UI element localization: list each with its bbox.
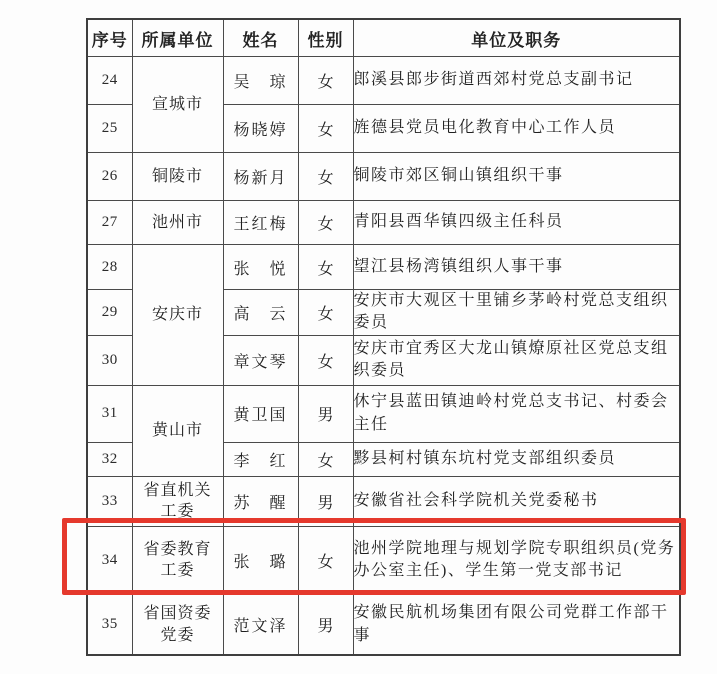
gender-cell: 女 bbox=[298, 201, 353, 245]
table-row: 31黄山市黄卫国男休宁县蓝田镇迪岭村党总支书记、村委会主任 bbox=[87, 385, 680, 442]
header-cell: 性别 bbox=[298, 19, 353, 57]
gender-cell: 女 bbox=[298, 335, 353, 385]
position-cell: 安徽民航机场集团有限公司党群工作部干事 bbox=[353, 594, 680, 655]
name-cell: 张 璐 bbox=[223, 526, 298, 594]
table-row: 27池州市王红梅女青阳县酉华镇四级主任科员 bbox=[87, 201, 680, 245]
position-cell: 郎溪县郎步街道西郊村党总支副书记 bbox=[353, 57, 680, 105]
name-cell: 高 云 bbox=[223, 290, 298, 336]
position-cell: 安庆市大观区十里铺乡茅岭村党总支组织委员 bbox=[353, 290, 680, 336]
gender-cell: 女 bbox=[298, 57, 353, 105]
row-number-cell: 25 bbox=[87, 105, 132, 153]
row-number-cell: 34 bbox=[87, 526, 132, 594]
row-number-cell: 33 bbox=[87, 476, 132, 526]
table-header: 序号所属单位姓名性别单位及职务 bbox=[87, 19, 680, 57]
name-cell: 杨新月 bbox=[223, 153, 298, 201]
unit-cell: 省委教育 工委 bbox=[132, 526, 223, 594]
name-cell: 张 悦 bbox=[223, 245, 298, 290]
table-row: 35省国资委 党委范文泽男安徽民航机场集团有限公司党群工作部干事 bbox=[87, 594, 680, 655]
position-cell: 铜陵市郊区铜山镇组织干事 bbox=[353, 153, 680, 201]
row-number-cell: 27 bbox=[87, 201, 132, 245]
name-cell: 苏 醒 bbox=[223, 476, 298, 526]
name-cell: 章文琴 bbox=[223, 335, 298, 385]
unit-cell: 省国资委 党委 bbox=[132, 594, 223, 655]
row-number-cell: 29 bbox=[87, 290, 132, 336]
name-cell: 王红梅 bbox=[223, 201, 298, 245]
position-cell: 青阳县酉华镇四级主任科员 bbox=[353, 201, 680, 245]
name-cell: 黄卫国 bbox=[223, 385, 298, 442]
gender-cell: 男 bbox=[298, 385, 353, 442]
row-number-cell: 26 bbox=[87, 153, 132, 201]
gender-cell: 女 bbox=[298, 442, 353, 476]
row-number-cell: 28 bbox=[87, 245, 132, 290]
gender-cell: 男 bbox=[298, 594, 353, 655]
row-number-cell: 31 bbox=[87, 385, 132, 442]
position-cell: 休宁县蓝田镇迪岭村党总支书记、村委会主任 bbox=[353, 385, 680, 442]
gender-cell: 女 bbox=[298, 245, 353, 290]
unit-cell: 省直机关 工委 bbox=[132, 476, 223, 526]
position-cell: 安庆市宜秀区大龙山镇燎原社区党总支组织委员 bbox=[353, 335, 680, 385]
table-header-row: 序号所属单位姓名性别单位及职务 bbox=[87, 19, 680, 57]
unit-cell: 黄山市 bbox=[132, 385, 223, 476]
table-row: 26铜陵市杨新月女铜陵市郊区铜山镇组织干事 bbox=[87, 153, 680, 201]
header-cell: 序号 bbox=[87, 19, 132, 57]
table-row-highlighted: 34省委教育 工委张 璐女池州学院地理与规划学院专职组织员(党务办公室主任)、学… bbox=[87, 526, 680, 594]
position-cell: 旌德县党员电化教育中心工作人员 bbox=[353, 105, 680, 153]
unit-cell: 安庆市 bbox=[132, 245, 223, 386]
position-cell: 望江县杨湾镇组织人事干事 bbox=[353, 245, 680, 290]
gender-cell: 男 bbox=[298, 476, 353, 526]
name-cell: 杨晓婷 bbox=[223, 105, 298, 153]
gender-cell: 女 bbox=[298, 290, 353, 336]
name-cell: 吴 琼 bbox=[223, 57, 298, 105]
gender-cell: 女 bbox=[298, 105, 353, 153]
position-cell: 安徽省社会科学院机关党委秘书 bbox=[353, 476, 680, 526]
table-row: 28安庆市张 悦女望江县杨湾镇组织人事干事 bbox=[87, 245, 680, 290]
row-number-cell: 30 bbox=[87, 335, 132, 385]
unit-cell: 宣城市 bbox=[132, 57, 223, 153]
table-row: 24宣城市吴 琼女郎溪县郎步街道西郊村党总支副书记 bbox=[87, 57, 680, 105]
unit-cell: 池州市 bbox=[132, 201, 223, 245]
row-number-cell: 32 bbox=[87, 442, 132, 476]
row-number-cell: 24 bbox=[87, 57, 132, 105]
name-cell: 李 红 bbox=[223, 442, 298, 476]
header-cell: 所属单位 bbox=[132, 19, 223, 57]
position-cell: 池州学院地理与规划学院专职组织员(党务办公室主任)、学生第一党支部书记 bbox=[353, 526, 680, 594]
table-row: 33省直机关 工委苏 醒男安徽省社会科学院机关党委秘书 bbox=[87, 476, 680, 526]
header-cell: 姓名 bbox=[223, 19, 298, 57]
gender-cell: 女 bbox=[298, 153, 353, 201]
gender-cell: 女 bbox=[298, 526, 353, 594]
row-number-cell: 35 bbox=[87, 594, 132, 655]
header-cell: 单位及职务 bbox=[353, 19, 680, 57]
personnel-table: 序号所属单位姓名性别单位及职务 24宣城市吴 琼女郎溪县郎步街道西郊村党总支副书… bbox=[86, 18, 681, 656]
unit-cell: 铜陵市 bbox=[132, 153, 223, 201]
name-cell: 范文泽 bbox=[223, 594, 298, 655]
position-cell: 黟县柯村镇东坑村党支部组织委员 bbox=[353, 442, 680, 476]
